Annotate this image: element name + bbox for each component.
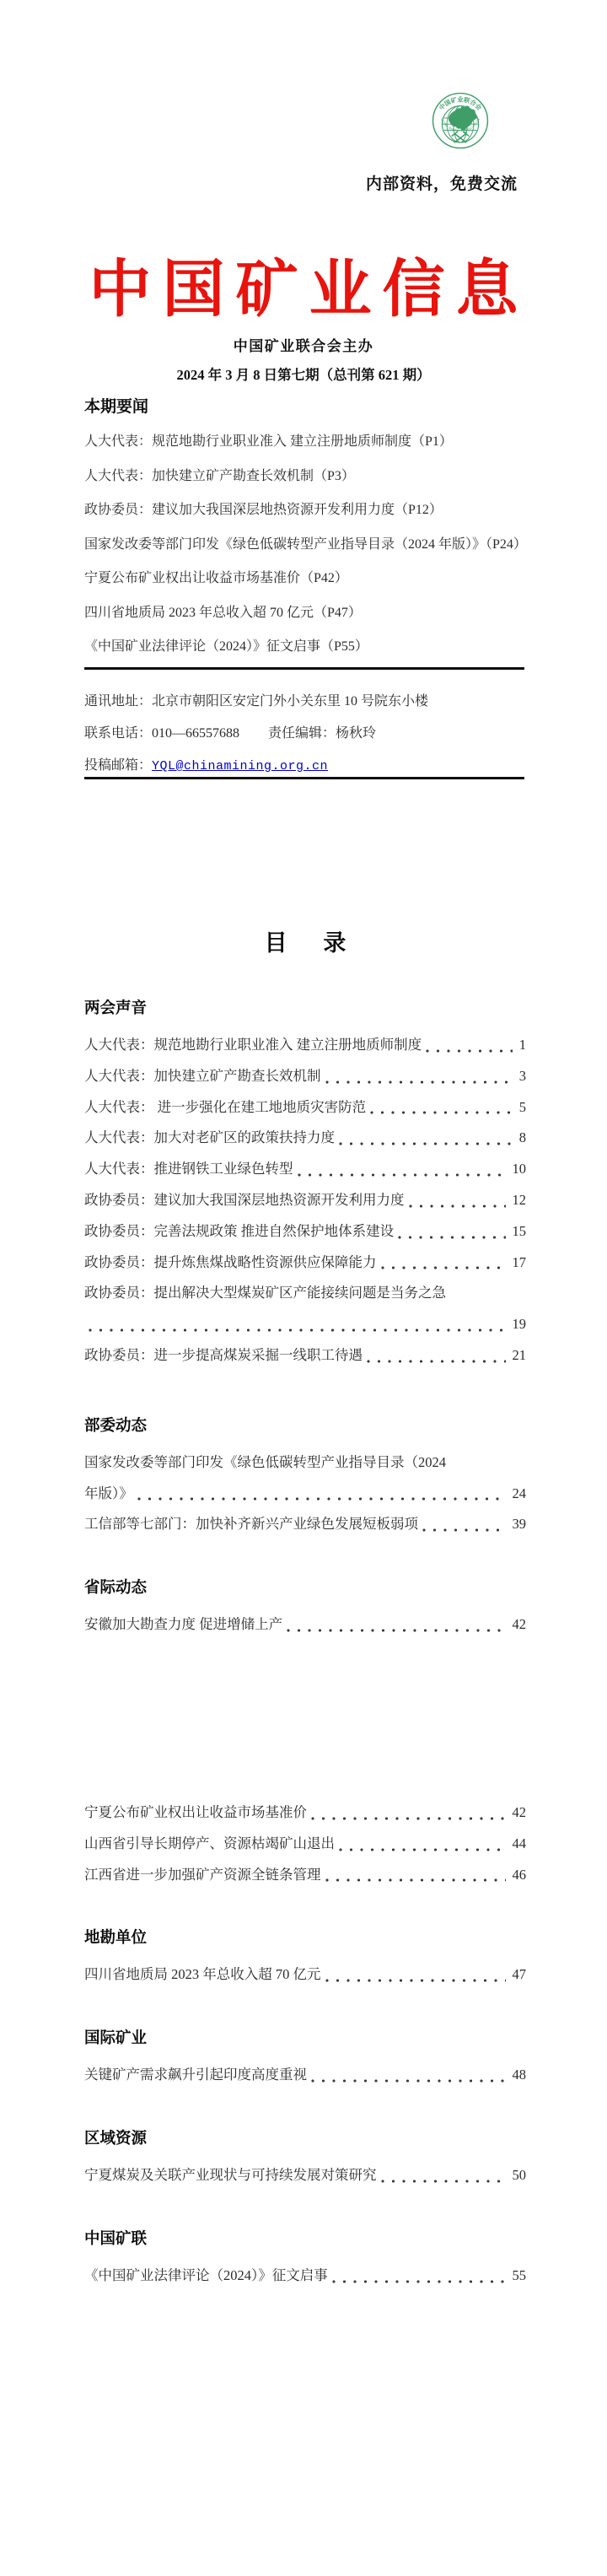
publication-title: 中国矿业信息 — [0, 240, 607, 329]
toc-section: 两会声音人大代表：规范地勘行业职业准入 建立注册地质师制度1人大代表：加快建立矿… — [84, 998, 526, 1372]
toc-entry-title: 《中国矿业法律评论（2024）》征文启事 — [84, 2261, 328, 2292]
toc-entry-title: 人大代表：加大对老矿区的政策扶持力度 — [84, 1123, 335, 1154]
toc-entry-leader — [335, 1829, 510, 1860]
toc-entry-leader — [321, 1061, 517, 1092]
toc-entry-page-number: 44 — [510, 1829, 527, 1860]
toc-entry-title: 政协委员：建议加大我国深层地热资源开发利用力度 — [84, 1185, 405, 1216]
issue-date-line: 2024 年 3 月 8 日第七期（总刊第 621 期） — [0, 364, 607, 384]
toc-entry: 安徽加大勘查力度 促进增储上产42 — [84, 1609, 526, 1641]
toc-entry-page-number — [524, 1447, 526, 1479]
toc-entry: 四川省地质局 2023 年总收入超 70 亿元47 — [84, 1959, 526, 1991]
toc-entry-title: 安徽加大勘查力度 促进增储上产 — [84, 1609, 282, 1641]
toc-entry-leader — [394, 1216, 509, 1248]
internal-distribution-note: 内部资料，免费交流 — [366, 171, 518, 194]
toc-entry-title: 江西省进一步加强矿产资源全链条管理 — [84, 1860, 321, 1891]
contact-address: 通讯地址：北京市朝阳区安定门外小关东里 10 号院东小楼 — [84, 686, 524, 718]
toc-entry-leader — [282, 1609, 509, 1641]
toc-entry-leader — [363, 1340, 510, 1372]
toc-entry-leader — [377, 2160, 510, 2191]
toc-entry-page-number: 48 — [510, 2060, 527, 2091]
logo-emblem-icon: 中国矿业联合会 CHINA MINING ASSOCIATION — [432, 84, 489, 155]
toc-entry-leader — [335, 1123, 517, 1154]
toc-entry-page-number: 8 — [517, 1123, 526, 1154]
contact-phone-editor: 联系电话：010—66557688责任编辑：杨秋玲 — [84, 718, 524, 750]
toc-entry: 人大代表： 进一步强化在建工地地质灾害防范5 — [84, 1092, 526, 1124]
toc-entry-title: 政协委员：完善法规政策 推进自然保护地体系建设 — [84, 1216, 394, 1248]
toc-entry-leader — [84, 1309, 510, 1340]
contact-email-label: 投稿邮箱： — [84, 758, 152, 773]
toc-section-heading: 区域资源 — [84, 2128, 526, 2150]
toc-entry: 19 — [84, 1309, 526, 1340]
contact-editor: 责任编辑：杨秋玲 — [268, 726, 376, 741]
toc-entry: 政协委员：提升炼焦煤战略性资源供应保障能力17 — [84, 1248, 526, 1279]
highlight-item: 四川省地质局 2023 年总收入超 70 亿元（P47） — [84, 596, 524, 631]
toc-entry-title: 政协委员：提出解决大型煤炭矿区产能接续问题是当务之急 — [84, 1278, 446, 1309]
toc-entry-title: 宁夏公布矿业权出让收益市场基准价 — [84, 1797, 307, 1829]
table-of-contents: 目 录 两会声音人大代表：规范地勘行业职业准入 建立注册地质师制度1人大代表：加… — [84, 924, 526, 2292]
toc-section-heading: 省际动态 — [84, 1577, 526, 1599]
toc-entry-leader — [405, 1185, 510, 1216]
toc-section: 宁夏公布矿业权出让收益市场基准价42山西省引导长期停产、资源枯竭矿山退出44江西… — [84, 1797, 526, 1890]
toc-title: 目 录 — [84, 924, 526, 957]
highlight-item: 宁夏公布矿业权出让收益市场基准价（P42） — [84, 562, 524, 596]
toc-entry: 工信部等七部门：加快补齐新兴产业绿色发展短板弱项39 — [84, 1509, 526, 1540]
divider-line — [84, 777, 524, 779]
highlight-item: 《中国矿业法律评论（2024）》征文启事（P55） — [84, 630, 524, 665]
toc-entry: 政协委员：进一步提高煤炭采掘一线职工待遇21 — [84, 1340, 526, 1372]
toc-entry: 人大代表：加快建立矿产勘查长效机制3 — [84, 1061, 526, 1092]
toc-section-heading: 地勘单位 — [84, 1927, 526, 1949]
toc-entry-page-number — [524, 1278, 526, 1309]
toc-section: 国际矿业关键矿产需求飙升引起印度高度重视48 — [84, 2028, 526, 2091]
toc-entry-leader — [418, 1509, 510, 1540]
toc-section-heading: 国际矿业 — [84, 2028, 526, 2050]
toc-entry-title: 人大代表：推进钢铁工业绿色转型 — [84, 1154, 293, 1185]
toc-group: 宁夏公布矿业权出让收益市场基准价42山西省引导长期停产、资源枯竭矿山退出44江西… — [84, 1797, 526, 2292]
toc-entry-title: 人大代表：规范地勘行业职业准入 建立注册地质师制度 — [84, 1030, 422, 1061]
newsletter-cover-page: 中国矿业联合会 CHINA MINING ASSOCIATION 内部资料，免费… — [0, 0, 607, 2576]
toc-entry-title: 宁夏煤炭及关联产业现状与可持续发展对策研究 — [84, 2160, 377, 2191]
toc-entry-leader — [377, 1248, 510, 1279]
toc-entry: 政协委员：提出解决大型煤炭矿区产能接续问题是当务之急 — [84, 1278, 526, 1309]
toc-section: 省际动态安徽加大勘查力度 促进增储上产42 — [84, 1577, 526, 1641]
toc-entry: 人大代表：推进钢铁工业绿色转型10 — [84, 1154, 526, 1185]
toc-entry-title: 政协委员：提升炼焦煤战略性资源供应保障能力 — [84, 1248, 377, 1279]
toc-entry-leader — [133, 1479, 510, 1510]
highlights-section: 本期要闻 人大代表：规范地勘行业职业准入 建立注册地质师制度（P1）人大代表：加… — [84, 394, 524, 665]
toc-entry: 人大代表：加大对老矿区的政策扶持力度8 — [84, 1123, 526, 1154]
toc-entry: 江西省进一步加强矿产资源全链条管理46 — [84, 1860, 526, 1891]
toc-section: 部委动态国家发改委等部门印发《绿色低碳转型产业指导目录（2024年版）》24工信… — [84, 1415, 526, 1540]
contact-phone: 联系电话：010—66557688 — [84, 726, 239, 741]
highlight-item: 人大代表：规范地勘行业职业准入 建立注册地质师制度（P1） — [84, 425, 524, 460]
toc-entry-page-number: 42 — [510, 1609, 527, 1641]
divider-line — [84, 667, 524, 670]
toc-entry-title: 年版）》 — [84, 1479, 133, 1510]
toc-entry: 人大代表：规范地勘行业职业准入 建立注册地质师制度1 — [84, 1030, 526, 1061]
toc-entry: 宁夏煤炭及关联产业现状与可持续发展对策研究50 — [84, 2160, 526, 2191]
toc-entry-page-number: 24 — [510, 1479, 527, 1510]
toc-entry: 宁夏公布矿业权出让收益市场基准价42 — [84, 1797, 526, 1829]
highlights-heading: 本期要闻 — [84, 394, 524, 417]
toc-entry-page-number: 15 — [510, 1216, 527, 1248]
toc-entry-page-number: 47 — [510, 1959, 527, 1991]
toc-entry: 年版）》24 — [84, 1479, 526, 1510]
toc-section-heading: 部委动态 — [84, 1415, 526, 1437]
toc-entry-page-number: 55 — [510, 2261, 527, 2292]
toc-body: 两会声音人大代表：规范地勘行业职业准入 建立注册地质师制度1人大代表：加快建立矿… — [84, 998, 526, 2292]
toc-entry: 政协委员：建议加大我国深层地热资源开发利用力度12 — [84, 1185, 526, 1216]
toc-entry-title: 人大代表： 进一步强化在建工地地质灾害防范 — [84, 1092, 366, 1124]
toc-entry-page-number: 42 — [510, 1797, 527, 1829]
toc-section-heading: 两会声音 — [84, 998, 526, 1020]
toc-entry-title: 工信部等七部门：加快补齐新兴产业绿色发展短板弱项 — [84, 1509, 418, 1540]
highlight-item: 国家发改委等部门印发《绿色低碳转型产业指导目录（2024 年版）》（P24） — [84, 528, 524, 563]
toc-entry-page-number: 3 — [517, 1061, 526, 1092]
toc-entry-title: 国家发改委等部门印发《绿色低碳转型产业指导目录（2024 — [84, 1447, 446, 1479]
toc-entry: 国家发改委等部门印发《绿色低碳转型产业指导目录（2024 — [84, 1447, 526, 1479]
toc-entry-title: 人大代表：加快建立矿产勘查长效机制 — [84, 1061, 321, 1092]
contact-block: 通讯地址：北京市朝阳区安定门外小关东里 10 号院东小楼 联系电话：010—66… — [84, 686, 524, 783]
highlights-list: 人大代表：规范地勘行业职业准入 建立注册地质师制度（P1）人大代表：加快建立矿产… — [84, 425, 524, 665]
toc-entry-page-number: 50 — [510, 2160, 527, 2191]
toc-section: 地勘单位四川省地质局 2023 年总收入超 70 亿元47 — [84, 1927, 526, 1991]
toc-entry-page-number: 21 — [510, 1340, 527, 1372]
toc-entry: 《中国矿业法律评论（2024）》征文启事55 — [84, 2261, 526, 2292]
toc-entry-leader — [328, 2261, 510, 2292]
toc-entry-leader — [321, 1860, 510, 1891]
toc-entry-page-number: 12 — [510, 1185, 527, 1216]
toc-entry-title: 山西省引导长期停产、资源枯竭矿山退出 — [84, 1829, 335, 1860]
toc-entry-page-number: 19 — [510, 1309, 527, 1340]
toc-section: 区域资源宁夏煤炭及关联产业现状与可持续发展对策研究50 — [84, 2128, 526, 2191]
toc-entry-title: 四川省地质局 2023 年总收入超 70 亿元 — [84, 1959, 321, 1991]
toc-entry-leader — [446, 1447, 524, 1479]
toc-entry-leader — [366, 1092, 517, 1124]
toc-entry-page-number: 10 — [510, 1154, 527, 1185]
organizer-line: 中国矿业联合会主办 — [0, 334, 607, 355]
toc-section-heading: 中国矿联 — [84, 2228, 526, 2250]
toc-entry-page-number: 5 — [517, 1092, 526, 1124]
email-link[interactable]: YQL@chinamining.org.cn — [152, 759, 328, 773]
toc-entry-page-number: 39 — [510, 1509, 527, 1540]
toc-entry-leader — [307, 1797, 510, 1829]
toc-section: 中国矿联《中国矿业法律评论（2024）》征文启事55 — [84, 2228, 526, 2292]
toc-entry-page-number: 17 — [510, 1248, 527, 1279]
toc-entry-leader — [293, 1154, 510, 1185]
toc-group: 两会声音人大代表：规范地勘行业职业准入 建立注册地质师制度1人大代表：加快建立矿… — [84, 998, 526, 1641]
toc-entry-title: 关键矿产需求飙升引起印度高度重视 — [84, 2060, 307, 2091]
highlight-item: 人大代表：加快建立矿产勘查长效机制（P3） — [84, 460, 524, 494]
toc-entry-leader — [446, 1278, 524, 1309]
china-mining-association-logo: 中国矿业联合会 CHINA MINING ASSOCIATION — [432, 84, 489, 155]
toc-entry-page-number: 46 — [510, 1860, 527, 1891]
toc-entry-leader — [422, 1030, 517, 1061]
toc-entry: 政协委员：完善法规政策 推进自然保护地体系建设15 — [84, 1216, 526, 1248]
toc-entry-title: 政协委员：进一步提高煤炭采掘一线职工待遇 — [84, 1340, 363, 1372]
toc-entry-page-number: 1 — [517, 1030, 526, 1061]
toc-entry: 关键矿产需求飙升引起印度高度重视48 — [84, 2060, 526, 2091]
toc-entry-leader — [307, 2060, 510, 2091]
toc-entry-leader — [321, 1959, 510, 1991]
toc-entry: 山西省引导长期停产、资源枯竭矿山退出44 — [84, 1829, 526, 1860]
highlight-item: 政协委员：建议加大我国深层地热资源开发利用力度（P12） — [84, 493, 524, 528]
